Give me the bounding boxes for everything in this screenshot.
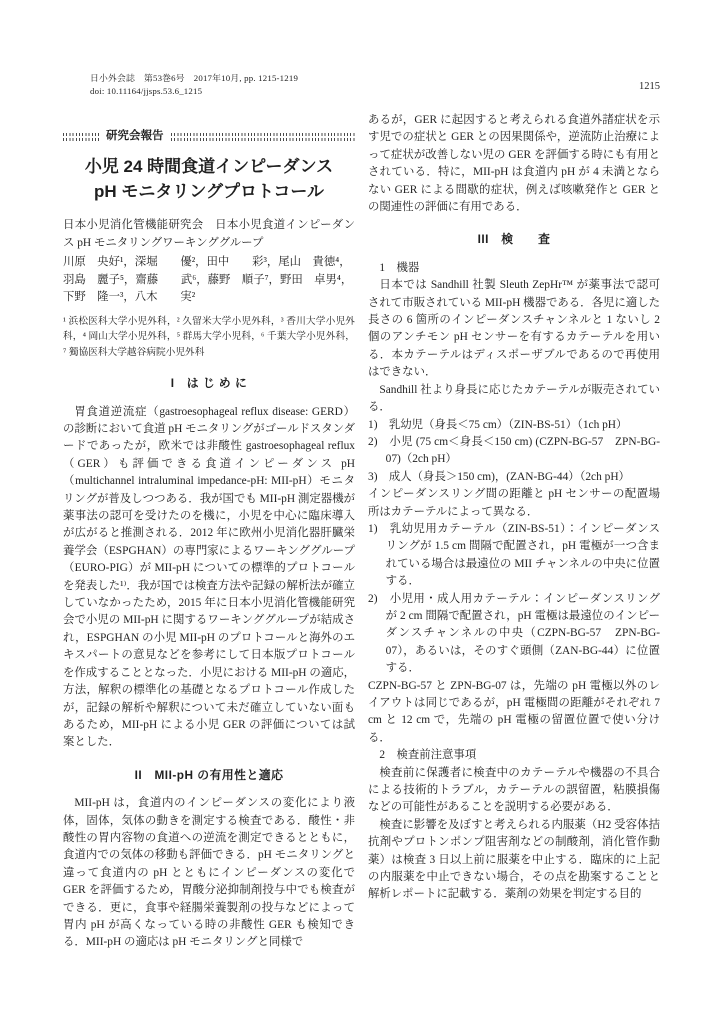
category-band: 研究会報告: [63, 130, 355, 144]
catheter-item: 3) 成人（身長＞150 cm)，(ZAN-BG-44）（2ch pH）: [368, 469, 660, 486]
hatching-rule-left: [63, 133, 99, 141]
article-title-line2: pH モニタリングプロトコール: [63, 179, 355, 204]
right-column: あるが，GER に起因すると考えられる食道外諸症状を示す児での症状と GER と…: [368, 112, 660, 904]
section3-heading: III 検 査: [368, 231, 660, 248]
hatching-rule-right: [171, 133, 356, 141]
section2-heading: II MII-pH の有用性と適応: [63, 767, 355, 784]
article-title-line1: 小児 24 時間食道インピーダンス: [63, 154, 355, 179]
section2-paragraph-continued: あるが，GER に起因すると考えられる食道外諸症状を示す児での症状と GER と…: [368, 112, 660, 216]
section1-heading: I は じ め に: [63, 375, 355, 392]
paper-page: 日小外会誌 第53巻6号 2017年10月, pp. 1215-1219 doi…: [0, 0, 717, 1012]
section1-paragraph: 胃食道逆流症（gastroesophageal reflux disease: …: [63, 404, 355, 752]
subsection2-heading: 2 検査前注意事項: [368, 747, 660, 764]
section3-paragraph4: CZPN-BG-57 と ZPN-BG-07 は，先端の pH 電極以外のレイア…: [368, 678, 660, 748]
article-title: 小児 24 時間食道インピーダンス pH モニタリングプロトコール: [63, 154, 355, 204]
section3-paragraph3: インピーダンスリング間の距離と pH センサーの配置場所はカテーテルによって異な…: [368, 486, 660, 521]
section3-paragraph6: 検査に影響を及ぼすと考えられる内服薬（H2 受容体拮抗剤やプロトンポンプ阻害剤な…: [368, 817, 660, 904]
catheter-item: 2) 小児 (75 cm＜身長＜150 cm) (CZPN-BG-57 ZPN-…: [368, 434, 660, 469]
working-group-subtitle: 日本小児消化管機能研究会 日本小児食道インピーダンス pH モニタリングワーキン…: [63, 217, 355, 252]
catheter-item: 1) 乳幼児（身長＜75 cm）（ZIN-BS-51）（1ch pH）: [368, 417, 660, 434]
page-number: 1215: [639, 80, 660, 93]
layout-item: 2) 小児用・成人用カテーテル：インピーダンスリングが 2 cm 間隔で配置され…: [368, 591, 660, 678]
journal-citation-block: 日小外会誌 第53巻6号 2017年10月, pp. 1215-1219 doi…: [90, 72, 298, 98]
left-column: 研究会報告 小児 24 時間食道インピーダンス pH モニタリングプロトコール …: [63, 130, 355, 952]
journal-citation: 日小外会誌 第53巻6号 2017年10月, pp. 1215-1219: [90, 72, 298, 85]
section3-paragraph2: Sandhill 社より身長に応じたカテーテルが販売されている．: [368, 382, 660, 417]
running-head: 日小外会誌 第53巻6号 2017年10月, pp. 1215-1219 doi…: [90, 72, 660, 98]
author-line: 川原 央好¹，深堀 優²，田中 彩³，尾山 貴徳⁴，: [63, 254, 355, 272]
doi: doi: 10.11164/jjsps.53.6_1215: [90, 85, 298, 98]
article-category: 研究会報告: [99, 128, 171, 145]
section3-paragraph5: 検査前に保護者に検査中のカテーテルや機器の不具合による技術的トラブル，カテーテル…: [368, 765, 660, 817]
section2-paragraph-left: MII-pH は，食道内のインピーダンスの変化により液体，固体，気体の動きを測定…: [63, 795, 355, 952]
section3-paragraph1: 日本では Sandhill 社製 Sleuth ZepHr™ が薬事法で認可され…: [368, 277, 660, 381]
author-line: 下野 隆一³，八木 実²: [63, 289, 355, 307]
author-line: 羽島 麗子⁵，齋藤 武⁶，藤野 順子⁷，野田 卓男⁴，: [63, 272, 355, 290]
layout-item: 1) 乳幼児用カテーテル（ZIN-BS-51）：インピーダンスリングが 1.5 …: [368, 521, 660, 591]
subsection1-heading: 1 機器: [368, 260, 660, 277]
affiliations: ¹ 浜松医科大学小児外科，² 久留米大学小児外科，³ 香川大学小児外科，⁴ 岡山…: [63, 314, 355, 360]
author-list: 川原 央好¹，深堀 優²，田中 彩³，尾山 貴徳⁴， 羽島 麗子⁵，齋藤 武⁶，…: [63, 254, 355, 307]
